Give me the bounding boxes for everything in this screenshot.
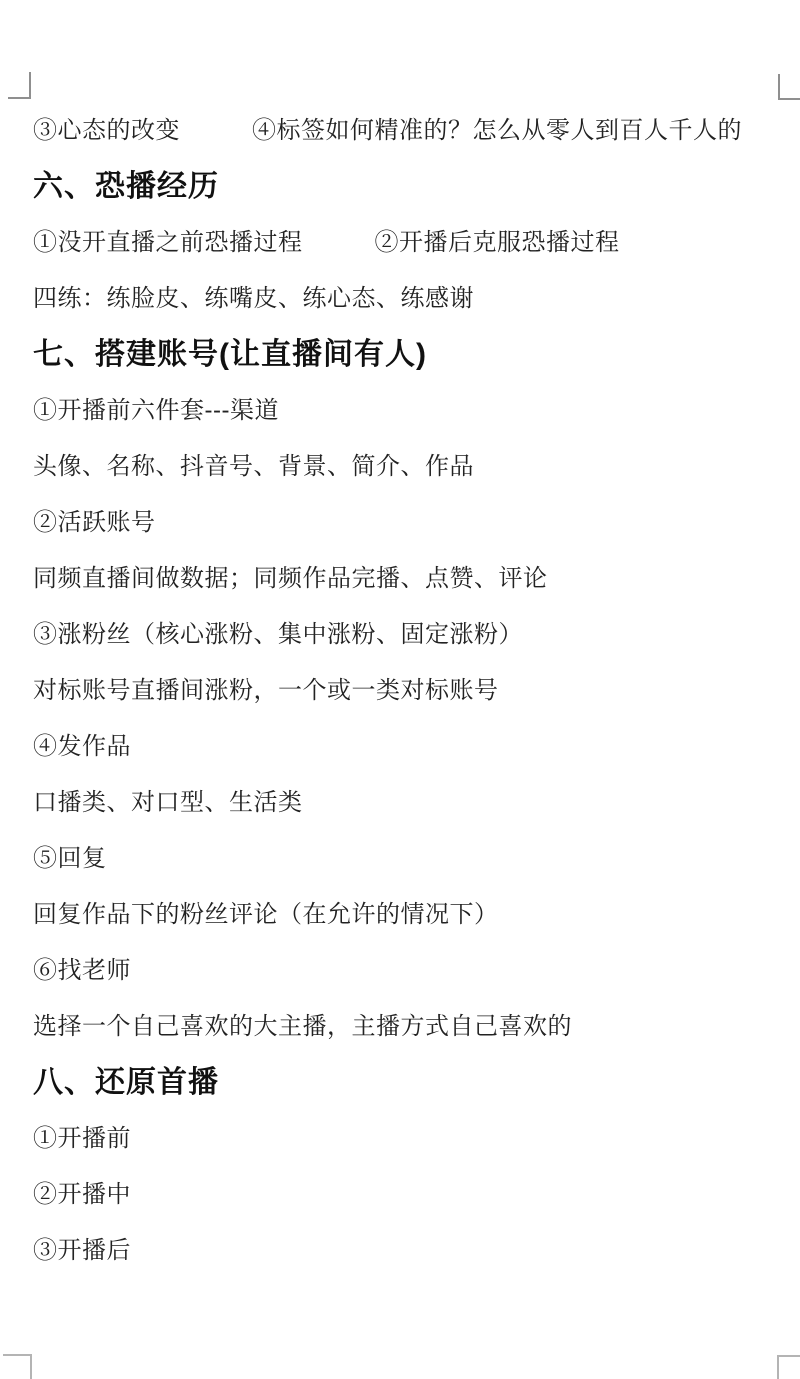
text-segment: ②开播中 bbox=[33, 1174, 131, 1209]
text-segment: 回复作品下的粉丝评论（在允许的情况下） bbox=[33, 894, 499, 929]
document-page: ③心态的改变④标签如何精准的？怎么从零人到百人千人的六、恐播经历①没开直播之前恐… bbox=[0, 0, 800, 1379]
text-line: ④发作品 bbox=[33, 715, 794, 771]
text-line: ③心态的改变④标签如何精准的？怎么从零人到百人千人的 bbox=[33, 99, 794, 155]
document-content: ③心态的改变④标签如何精准的？怎么从零人到百人千人的六、恐播经历①没开直播之前恐… bbox=[33, 99, 794, 1275]
text-line: 四练：练脸皮、练嘴皮、练心态、练感谢 bbox=[33, 267, 794, 323]
text-segment: ②活跃账号 bbox=[33, 502, 156, 537]
text-segment: ⑤回复 bbox=[33, 838, 107, 873]
text-segment: 六、恐播经历 bbox=[33, 161, 219, 205]
text-line: 选择一个自己喜欢的大主播，主播方式自己喜欢的 bbox=[33, 995, 794, 1051]
text-segment: ①开播前 bbox=[33, 1118, 131, 1153]
text-line: 同频直播间做数据；同频作品完播、点赞、评论 bbox=[33, 547, 794, 603]
text-line: 头像、名称、抖音号、背景、简介、作品 bbox=[33, 435, 794, 491]
section-heading: 六、恐播经历 bbox=[33, 155, 794, 211]
margin-mark-top-right bbox=[778, 74, 800, 100]
section-heading: 八、还原首播 bbox=[33, 1051, 794, 1107]
margin-mark-top-left bbox=[8, 72, 31, 99]
text-segment: ③心态的改变 bbox=[33, 110, 180, 145]
text-segment: ④标签如何精准的？怎么从零人到百人千人的 bbox=[252, 110, 742, 145]
text-line: ③开播后 bbox=[33, 1219, 794, 1275]
text-line: ③涨粉丝（核心涨粉、集中涨粉、固定涨粉） bbox=[33, 603, 794, 659]
text-segment: ⑥找老师 bbox=[33, 950, 131, 985]
text-segment: ③涨粉丝（核心涨粉、集中涨粉、固定涨粉） bbox=[33, 614, 523, 649]
text-segment: 口播类、对口型、生活类 bbox=[33, 782, 303, 817]
text-segment: 七、搭建账号(让直播间有人) bbox=[33, 329, 427, 373]
text-line: 对标账号直播间涨粉，一个或一类对标账号 bbox=[33, 659, 794, 715]
text-segment: ①开播前六件套---渠道 bbox=[33, 390, 279, 425]
text-segment: ④发作品 bbox=[33, 726, 131, 761]
section-heading: 七、搭建账号(让直播间有人) bbox=[33, 323, 794, 379]
text-line: ①开播前 bbox=[33, 1107, 794, 1163]
text-segment: 头像、名称、抖音号、背景、简介、作品 bbox=[33, 446, 474, 481]
margin-mark-bottom-right bbox=[777, 1355, 800, 1379]
margin-mark-bottom-left bbox=[3, 1354, 32, 1379]
text-segment: 八、还原首播 bbox=[33, 1057, 219, 1101]
text-line: ①没开直播之前恐播过程②开播后克服恐播过程 bbox=[33, 211, 794, 267]
text-segment: 同频直播间做数据；同频作品完播、点赞、评论 bbox=[33, 558, 548, 593]
text-line: ⑥找老师 bbox=[33, 939, 794, 995]
text-line: ②开播中 bbox=[33, 1163, 794, 1219]
text-line: ②活跃账号 bbox=[33, 491, 794, 547]
text-line: ⑤回复 bbox=[33, 827, 794, 883]
text-segment: ②开播后克服恐播过程 bbox=[375, 222, 620, 257]
text-segment: 选择一个自己喜欢的大主播，主播方式自己喜欢的 bbox=[33, 1006, 572, 1041]
text-line: 回复作品下的粉丝评论（在允许的情况下） bbox=[33, 883, 794, 939]
text-line: ①开播前六件套---渠道 bbox=[33, 379, 794, 435]
text-line: 口播类、对口型、生活类 bbox=[33, 771, 794, 827]
text-segment: 对标账号直播间涨粉，一个或一类对标账号 bbox=[33, 670, 499, 705]
text-segment: ③开播后 bbox=[33, 1230, 131, 1265]
text-segment: 四练：练脸皮、练嘴皮、练心态、练感谢 bbox=[33, 278, 474, 313]
text-segment: ①没开直播之前恐播过程 bbox=[33, 222, 303, 257]
